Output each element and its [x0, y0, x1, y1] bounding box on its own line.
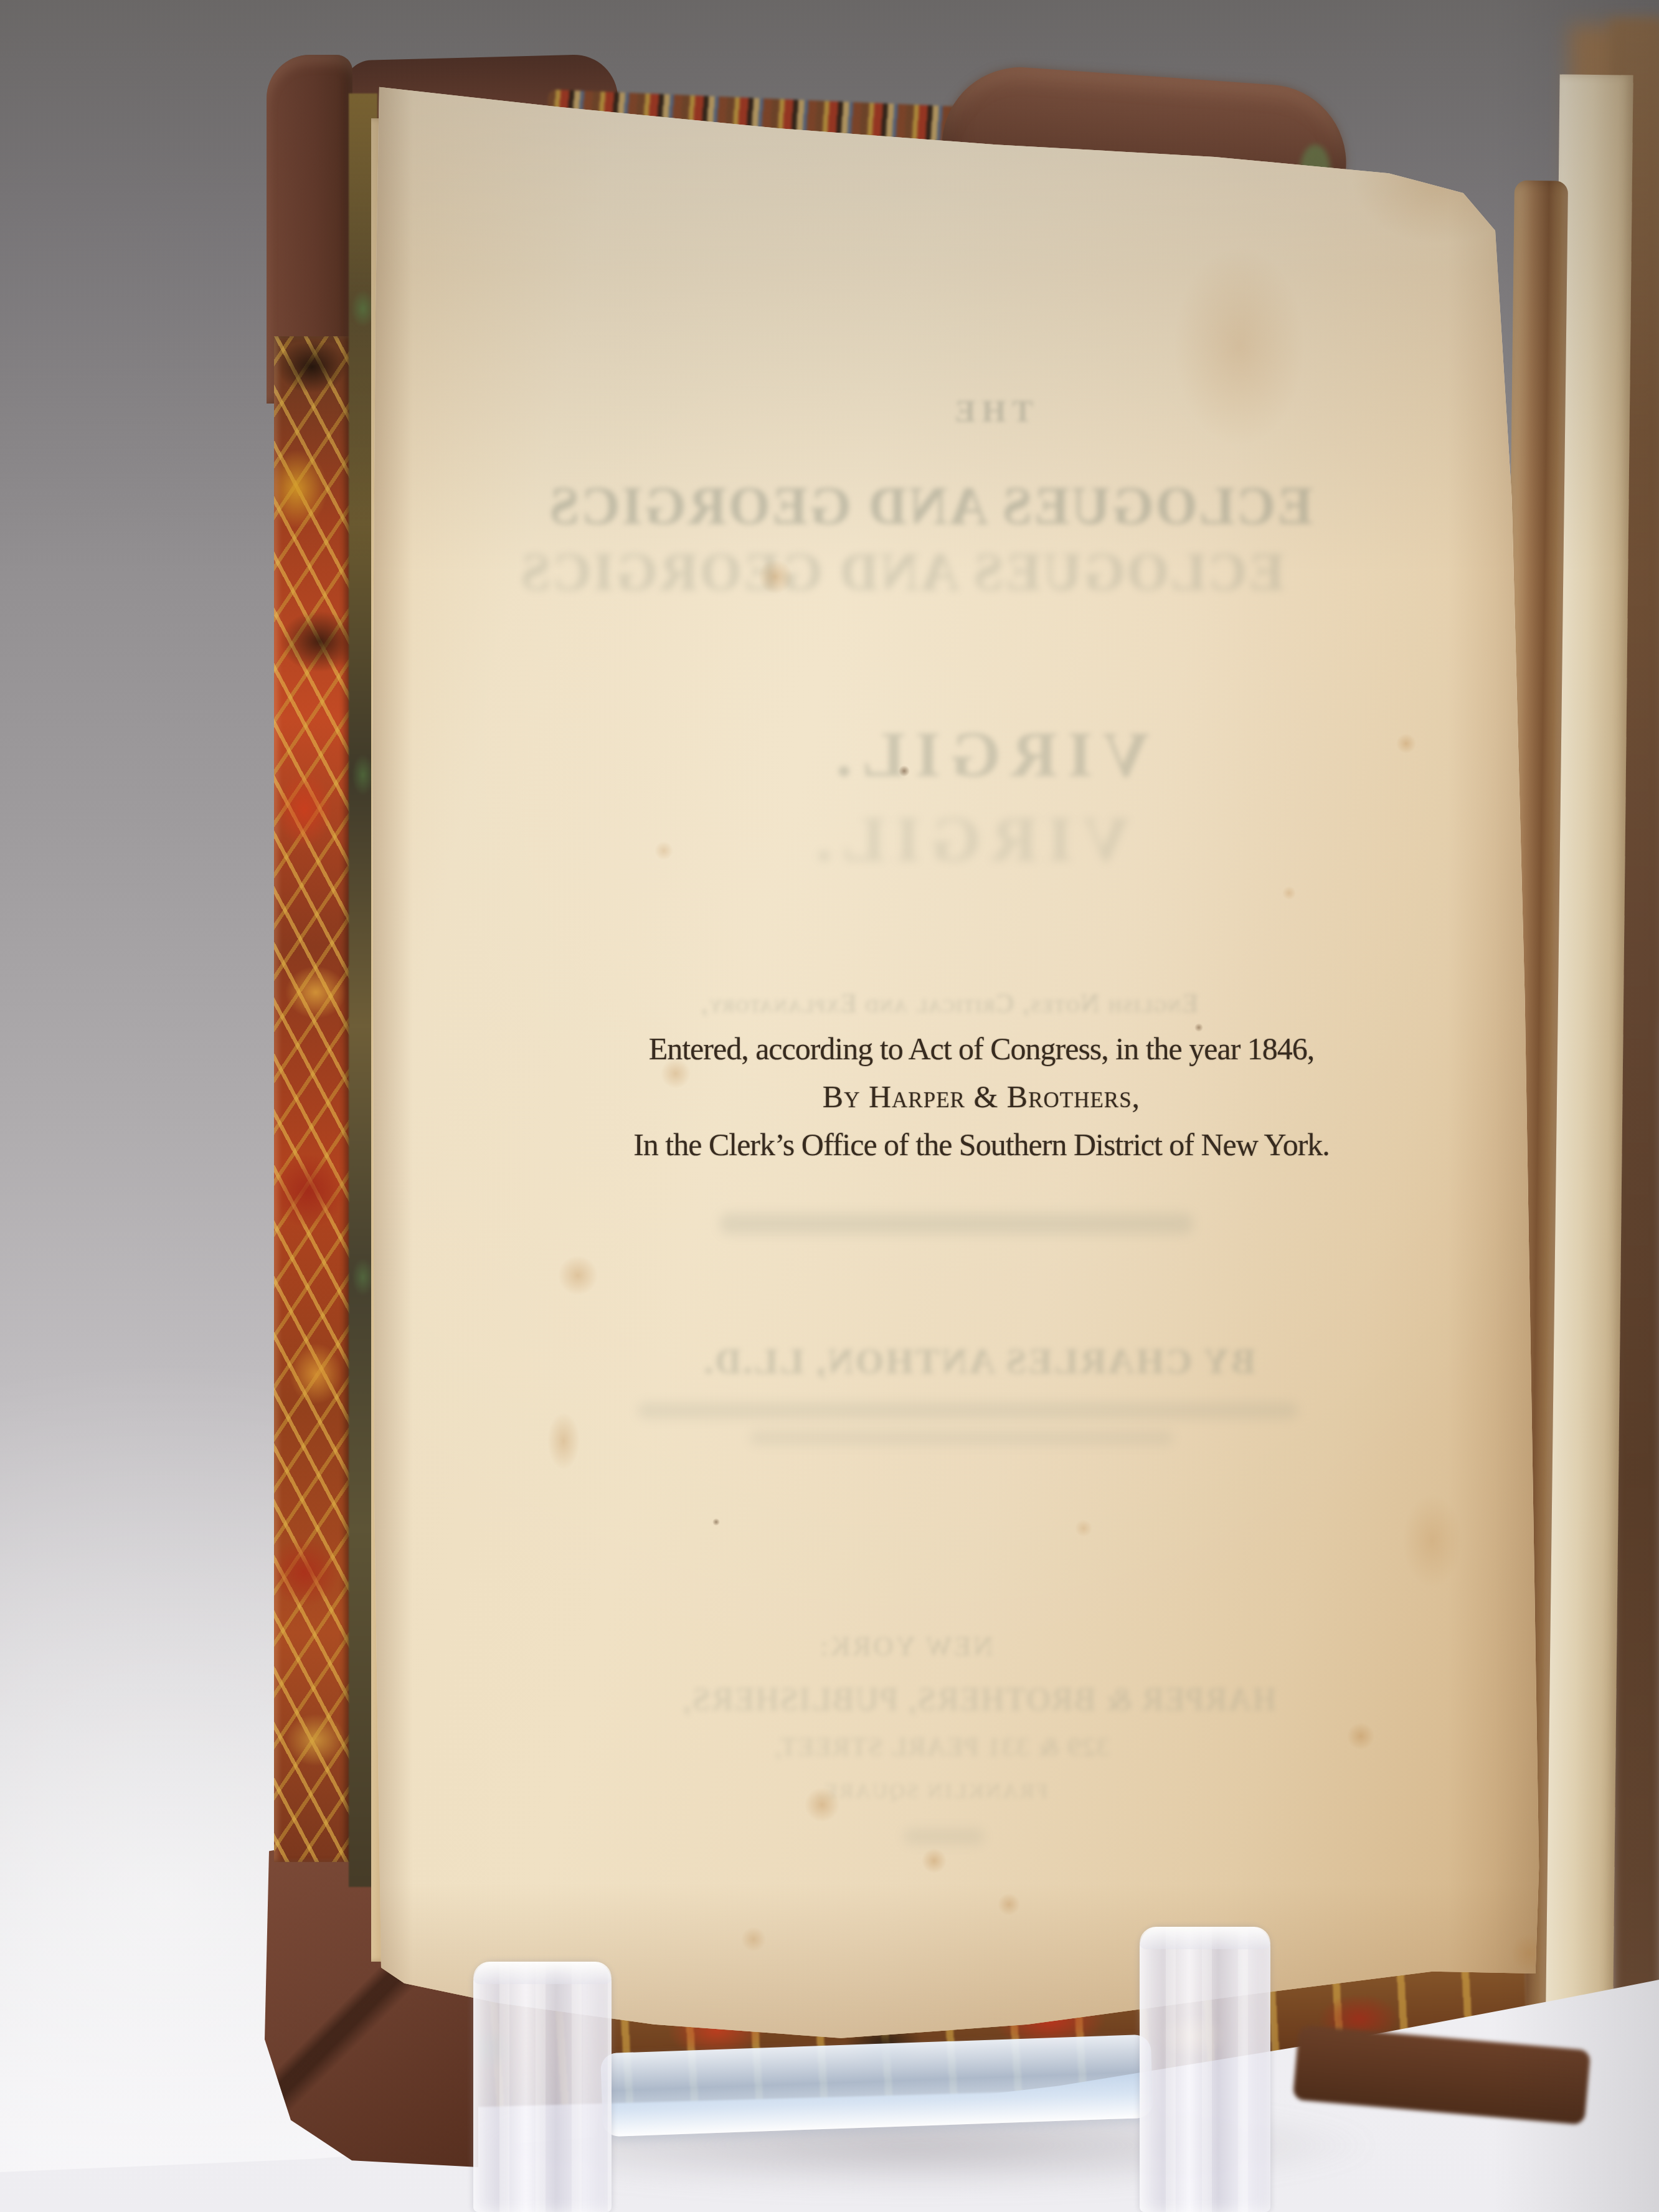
foxing-spot	[1396, 734, 1416, 754]
ghost-virgil-2: VIRGIL.	[806, 802, 1129, 876]
cradle-post-left	[473, 1962, 612, 2212]
ghost-illegible-2	[638, 1402, 1298, 1419]
foxing-spot	[1194, 1023, 1203, 1032]
foxing-spot	[1347, 1723, 1374, 1750]
foxing-spot	[1174, 247, 1305, 446]
marbled-endpaper-edge	[274, 336, 350, 1862]
ghost-illegible-1	[720, 1213, 1193, 1234]
ghost-author: BY CHARLES ANTHON, LL.D.	[702, 1340, 1255, 1382]
foxing-spot	[998, 1893, 1020, 1916]
ghost-pearl: 329 & 331 PEARL STREET,	[773, 1732, 1110, 1762]
foxing-spot	[805, 1787, 839, 1822]
cradle-post-right	[1140, 1927, 1270, 2212]
foxing-spot	[712, 1518, 720, 1526]
ghost-title-1: ECLOGUES AND GEORGICS	[547, 475, 1313, 537]
foxing-spot	[922, 1848, 947, 1873]
ghost-franklin: FRANKLIN SQUARE.	[816, 1780, 1048, 1803]
foxing-spot	[1402, 1494, 1462, 1587]
foxing-spot	[741, 1927, 766, 1952]
ghost-notes: English Notes, Critical and Explanatory,	[700, 989, 1198, 1019]
copyright-notice: Entered, according to Act of Congress, i…	[577, 1025, 1386, 1169]
foxing-spot	[1282, 886, 1296, 900]
ghost-illegible-3	[750, 1431, 1173, 1445]
foxing-spot	[1075, 1520, 1092, 1537]
copyright-line-1: Entered, according to Act of Congress, i…	[577, 1025, 1386, 1073]
copyright-line-3: In the Clerk’s Office of the Southern Di…	[577, 1121, 1386, 1169]
ghost-year-strip	[904, 1828, 985, 1845]
ghost-virgil-1: VIRGIL.	[826, 717, 1149, 792]
foxing-spot	[558, 1255, 598, 1295]
copyright-line-2: By Harper & Brothers,	[577, 1073, 1386, 1121]
ghost-new-york: NEW YORK:	[818, 1630, 993, 1662]
book-photograph: THEECLOGUES AND GEORGICSECLOGUES AND GEO…	[0, 0, 1659, 2212]
copyright-page: THEECLOGUES AND GEORGICSECLOGUES AND GEO…	[371, 78, 1554, 2040]
ghost-the: THE	[948, 393, 1033, 429]
foxing-spot	[899, 765, 910, 777]
ghost-harper: HARPER & BROTHERS, PUBLISHERS,	[682, 1681, 1276, 1718]
ghost-title-2: ECLOGUES AND GEORGICS	[519, 541, 1284, 603]
foxing-spot	[661, 1059, 691, 1089]
foxing-spot	[655, 841, 673, 860]
foxing-spot	[547, 1412, 580, 1470]
foxing-spot	[758, 559, 793, 594]
